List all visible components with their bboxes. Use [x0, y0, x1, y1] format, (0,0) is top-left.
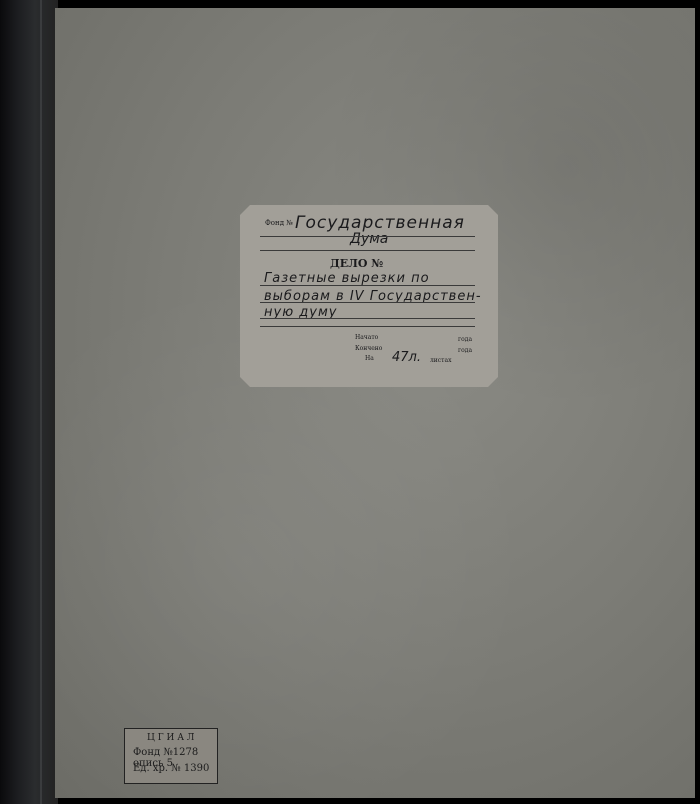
rule — [260, 302, 475, 303]
folder-cover — [55, 8, 695, 798]
start-label: Начато — [355, 334, 378, 341]
delo-label: ДЕЛО № — [330, 257, 383, 270]
sheets-suffix: листах — [430, 357, 451, 364]
rule — [260, 285, 475, 286]
spine-edge — [40, 0, 42, 804]
rule — [260, 250, 475, 251]
rule — [260, 236, 475, 237]
end-label: Кончено — [355, 345, 382, 352]
rule — [260, 318, 475, 319]
fond-value: Государственная — [295, 213, 465, 233]
fond-value-line2: Дума — [350, 231, 388, 247]
end-year-suffix: года — [458, 347, 472, 354]
rule — [260, 326, 475, 327]
start-year-suffix: года — [458, 336, 472, 343]
case-title-line: Газетные вырезки по — [264, 271, 430, 286]
archive-stamp: Ц Г И А Л Фонд №1278 опись 5 Ед. хр. № 1… — [124, 728, 218, 784]
on-label: На — [365, 355, 374, 362]
binding-spine — [0, 0, 58, 804]
storage-unit: Ед. хр. № 1390 — [133, 763, 209, 774]
archive-name: Ц Г И А Л — [147, 733, 194, 743]
file-label: Фонд № Государственная Дума ДЕЛО № Газет… — [240, 205, 498, 387]
fond-label: Фонд № — [265, 219, 293, 227]
sheet-count: 47л. — [392, 350, 421, 365]
